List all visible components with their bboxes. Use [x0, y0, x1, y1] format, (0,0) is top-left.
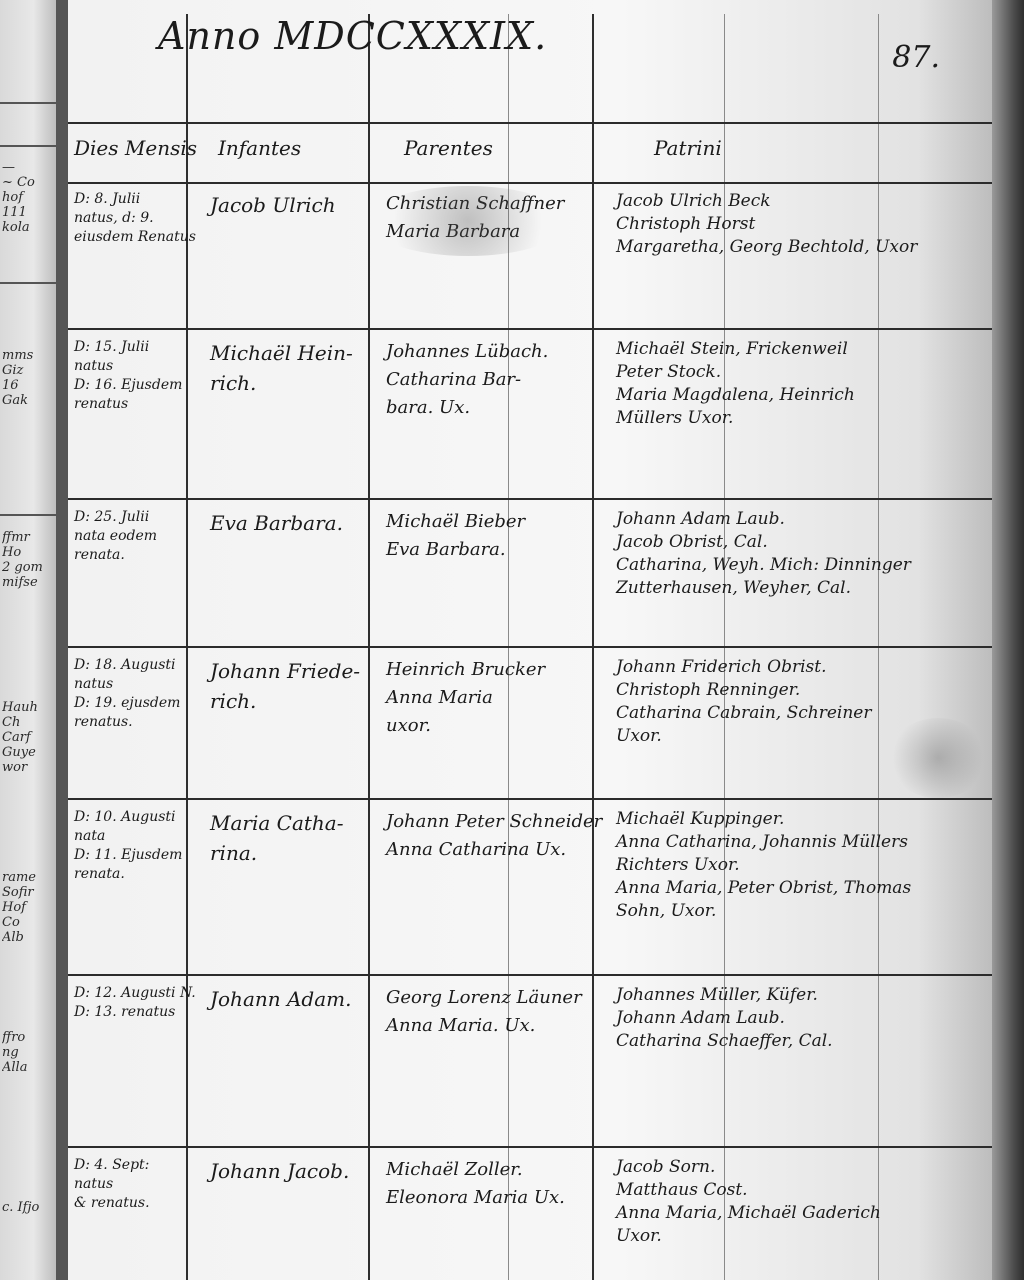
entry-infant: Maria Catha- rina. — [210, 808, 378, 868]
entry-infant: Jacob Ulrich — [210, 190, 378, 220]
register-entry: D: 4. Sept: natus & renatus. Johann Jaco… — [68, 1148, 992, 1280]
page-edge-shadow — [992, 0, 1024, 1280]
entry-parents: Georg Lorenz Läuner Anna Maria. Ux. — [386, 984, 606, 1040]
header-date: Dies Mensis — [74, 136, 197, 160]
column-headers: Dies Mensis Infantes Parentes Patrini — [68, 122, 992, 184]
register-entry: D: 15. Julii natus D: 16. Ejusdem renatu… — [68, 330, 992, 500]
page-fragment: ffmr Ho 2 gom mifse — [2, 530, 54, 650]
page-header: Anno MDCCXXXIX. 87. — [68, 0, 992, 122]
entry-date: D: 25. Julii nata eodem renata. — [74, 508, 198, 565]
page-fragment: mms Giz 16 Gak — [2, 348, 54, 488]
entry-godparents: Johann Adam Laub. Jacob Obrist, Cal. Cat… — [616, 508, 976, 600]
page-fragment: — ~ Co hof 111 kola — [2, 160, 54, 330]
entry-infant: Johann Jacob. — [210, 1156, 378, 1186]
row-rule — [0, 282, 56, 284]
book-gutter — [56, 0, 68, 1280]
register-entry: D: 10. Augusti nata D: 11. Ejusdem renat… — [68, 800, 992, 976]
entry-godparents: Jacob Ulrich Beck Christoph Horst Margar… — [616, 190, 976, 259]
entry-infant: Johann Adam. — [210, 984, 378, 1014]
entry-date: D: 12. Augusti N. D: 13. renatus — [74, 984, 198, 1022]
header-infant: Infantes — [218, 136, 301, 160]
entry-godparents: Johann Friderich Obrist. Christoph Renni… — [616, 656, 976, 748]
entry-date: D: 10. Augusti nata D: 11. Ejusdem renat… — [74, 808, 198, 884]
entry-date: D: 18. Augusti natus D: 19. ejusdem rena… — [74, 656, 198, 732]
entry-parents: Heinrich Brucker Anna Maria uxor. — [386, 656, 606, 740]
entry-infant: Johann Friede- rich. — [210, 656, 378, 716]
register-entry: D: 18. Augusti natus D: 19. ejusdem rena… — [68, 648, 992, 800]
entry-infant: Eva Barbara. — [210, 508, 378, 538]
year-title: Anno MDCCXXXIX. — [158, 14, 547, 58]
entry-infant: Michaël Hein- rich. — [210, 338, 378, 398]
entry-parents: Johann Peter Schneider Anna Catharina Ux… — [386, 808, 606, 864]
register-entry: D: 25. Julii nata eodem renata. Eva Barb… — [68, 500, 992, 648]
entry-date: D: 15. Julii natus D: 16. Ejusdem renatu… — [74, 338, 198, 414]
entry-parents: Michaël Zoller. Eleonora Maria Ux. — [386, 1156, 606, 1212]
page-fragment: rame Sofir Hof Co Alb — [2, 870, 54, 1000]
entry-parents: Christian Schaffner Maria Barbara — [386, 190, 606, 246]
row-rule — [0, 514, 56, 516]
entry-godparents: Michaël Stein, Frickenweil Peter Stock. … — [616, 338, 976, 430]
header-godparents: Patrini — [654, 136, 722, 160]
entry-date: D: 4. Sept: natus & renatus. — [74, 1156, 198, 1213]
adjacent-page-edge: — ~ Co hof 111 kola mms Giz 16 Gak ffmr … — [0, 0, 56, 1280]
entry-parents: Michaël Bieber Eva Barbara. — [386, 508, 606, 564]
entry-godparents: Michaël Kuppinger. Anna Catharina, Johan… — [616, 808, 976, 923]
register-entry: D: 8. Julii natus, d: 9. eiusdem Renatus… — [68, 182, 992, 330]
entry-godparents: Johannes Müller, Küfer. Johann Adam Laub… — [616, 984, 976, 1053]
page-fragment: c. Ifjo — [2, 1200, 54, 1240]
row-rule — [0, 145, 56, 147]
row-rule — [0, 102, 56, 104]
entry-parents: Johannes Lübach. Catharina Bar- bara. Ux… — [386, 338, 606, 422]
header-parents: Parentes — [404, 136, 493, 160]
entry-date: D: 8. Julii natus, d: 9. eiusdem Renatus — [74, 190, 198, 247]
page-number: 87. — [892, 40, 940, 75]
page-fragment: ffro ng Alla — [2, 1030, 54, 1130]
register-page: Anno MDCCXXXIX. 87. Dies Mensis Infantes… — [68, 0, 992, 1280]
page-fragment: Hauh Ch Carf Guye wor — [2, 700, 54, 840]
register-entry: D: 12. Augusti N. D: 13. renatus Johann … — [68, 976, 992, 1148]
entry-godparents: Jacob Sorn. Matthaus Cost. Anna Maria, M… — [616, 1156, 976, 1248]
